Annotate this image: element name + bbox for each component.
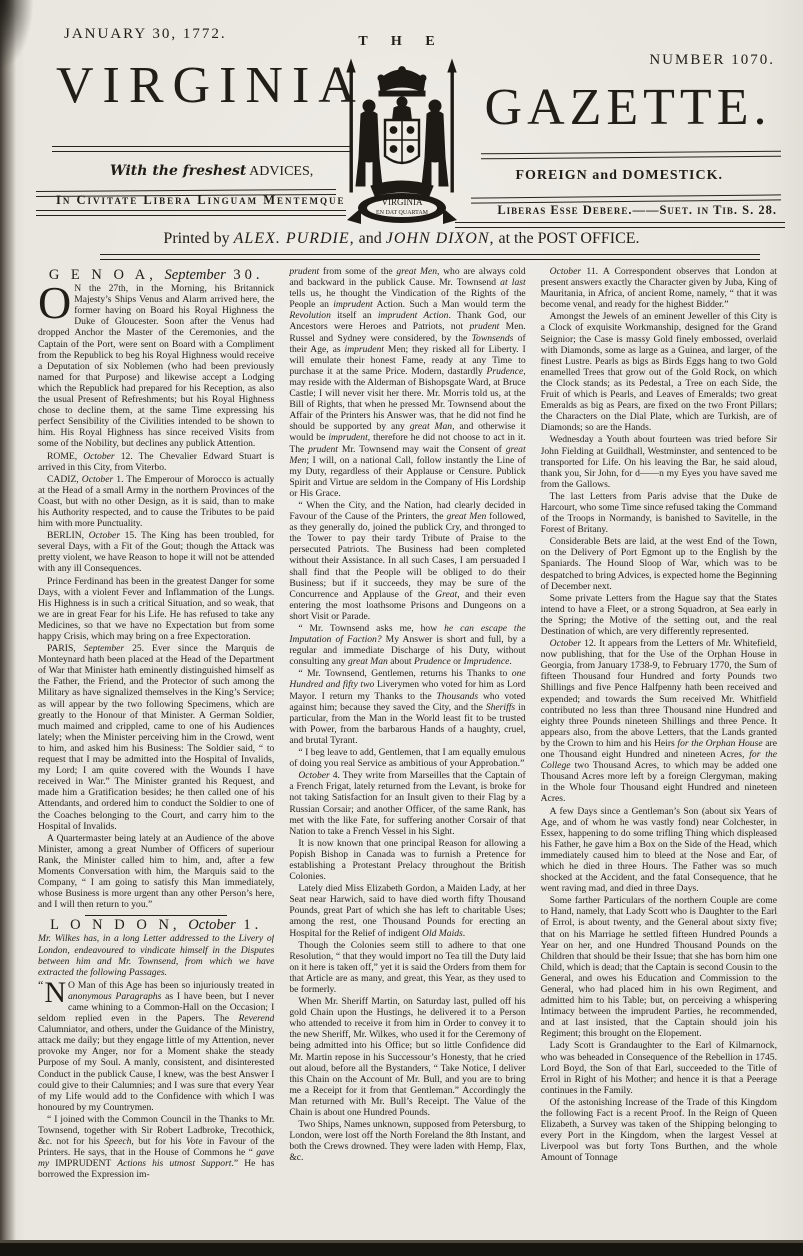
article-paragraph: The last Letters from Paris advise that … bbox=[541, 491, 777, 535]
imprint-prefix: Printed by bbox=[163, 230, 233, 247]
article-paragraph: Some private Letters from the Hague say … bbox=[541, 593, 777, 637]
rule bbox=[36, 210, 346, 216]
rule bbox=[100, 254, 760, 260]
article-paragraph: October 12. It appears from the Letters … bbox=[541, 638, 777, 804]
rule bbox=[455, 222, 785, 228]
printer-name-purdie: ALEX. PURDIE, bbox=[234, 230, 355, 247]
issue-number: NUMBER 1070. bbox=[649, 52, 775, 69]
article-paragraph: Considerable Bets are laid, at the west … bbox=[541, 536, 777, 591]
article-paragraph: CADIZ, October 1. The Emperour of Morocc… bbox=[38, 474, 274, 529]
tagline-blackletter: With the freshest bbox=[110, 163, 246, 179]
tagline-caps: ADVICES, bbox=[246, 164, 313, 179]
section-divider-rule bbox=[85, 915, 227, 916]
article-paragraph: “ I beg leave to add, Gentlemen, that I … bbox=[289, 747, 525, 769]
article-paragraph: ROME, October 12. The Chevalier Edward S… bbox=[38, 451, 274, 473]
article-paragraph: “ I joined with the Common Council in th… bbox=[38, 1114, 274, 1181]
article-paragraph: Amongst the Jewels of an eminent Jewelle… bbox=[541, 311, 777, 433]
imprint-suffix: at the POST OFFICE. bbox=[495, 230, 640, 247]
scan-edge-bottom bbox=[0, 1243, 803, 1256]
column-1: G E N O A, September 30.ON the 27th, in … bbox=[38, 266, 274, 1240]
article-paragraph: Prince Ferdinand has been in the greates… bbox=[38, 576, 274, 643]
crest-banner-virginia: VIRGINIA bbox=[382, 197, 423, 207]
article-paragraph: “ Mr. Townsend asks me, how he can escap… bbox=[289, 623, 525, 667]
article-paragraph: Wednesday a Youth about fourteen was tri… bbox=[541, 434, 777, 489]
article-paragraph: prudent from some of the great Men, who … bbox=[289, 266, 525, 499]
article-paragraph: Of the astonishing Increase of the Trade… bbox=[541, 1097, 777, 1164]
article-paragraph: When Mr. Sheriff Martin, on Saturday las… bbox=[289, 996, 525, 1118]
tagline-advices: With the freshest ADVICES, bbox=[110, 163, 313, 180]
column-2: prudent from some of the great Men, who … bbox=[289, 266, 525, 1240]
masthead-title-gazette: GAZETTE. bbox=[473, 78, 783, 137]
article-paragraph: Though the Colonies seem still to adhere… bbox=[289, 940, 525, 995]
article-paragraph: PARIS, September 25. Ever since the Marq… bbox=[38, 643, 274, 832]
motto-latin-left: In Civitate Libera Linguam Mentemque bbox=[56, 193, 346, 208]
column-3: October 11. A Correspondent observes tha… bbox=[541, 266, 777, 1240]
article-paragraph: “ When the City, and the Nation, had cle… bbox=[289, 500, 525, 622]
article-paragraph: October 4. They write from Marseilles th… bbox=[289, 770, 525, 837]
article-paragraph: BERLIN, October 15. The King has been tr… bbox=[38, 530, 274, 574]
drop-cap: O bbox=[38, 283, 74, 321]
article-paragraph: Some farther Particulars of the northern… bbox=[541, 895, 777, 1039]
article-paragraph: A few Days since a Gentleman’s Son (abou… bbox=[541, 806, 777, 895]
newspaper-page: JANUARY 30, 1772. T H E NUMBER 1070. VIR… bbox=[0, 0, 803, 1256]
motto-latin-right: Liberas Esse Debere.——Suet. in Tib. S. 2… bbox=[497, 203, 777, 218]
article-paragraph: It is now known that one principal Reaso… bbox=[289, 838, 525, 882]
article-paragraph: ON the 27th, in the Morning, his Britann… bbox=[38, 283, 274, 449]
article-paragraph: “ Mr. Townsend, Gentlemen, returns his T… bbox=[289, 668, 525, 746]
virginia-coat-of-arms-icon: VIRGINIA EN DAT QUARTAM bbox=[341, 58, 463, 254]
section-heading: L O N D O N, October 1. bbox=[38, 920, 274, 931]
article-paragraph: A Quartermaster being lately at an Audie… bbox=[38, 833, 274, 911]
crest-banner-motto: EN DAT QUARTAM bbox=[376, 210, 429, 216]
masthead-title-virginia: VIRGINIA bbox=[56, 56, 356, 115]
article-paragraph: October 11. A Correspondent observes tha… bbox=[541, 266, 777, 310]
article-intro: Mr. Wilkes has, in a long Letter address… bbox=[38, 933, 274, 977]
article-paragraph: Lady Scott is Grandaughter to the Earl o… bbox=[541, 1040, 777, 1095]
section-heading: G E N O A, September 30. bbox=[38, 270, 274, 281]
masthead-the: T H E bbox=[0, 34, 803, 50]
drop-cap: N bbox=[44, 980, 68, 1005]
article-columns: G E N O A, September 30.ON the 27th, in … bbox=[38, 266, 777, 1240]
tagline-foreign-domestick: FOREIGN and DOMESTICK. bbox=[515, 168, 723, 184]
rule bbox=[481, 151, 781, 160]
masthead: JANUARY 30, 1772. T H E NUMBER 1070. VIR… bbox=[0, 0, 803, 262]
article-paragraph: “ NO Man of this Age has been so injurio… bbox=[38, 980, 274, 1113]
rule bbox=[52, 146, 352, 152]
article-paragraph: Lately died Miss Elizabeth Gordon, a Mai… bbox=[289, 883, 525, 938]
article-paragraph: Two Ships, Names unknown, supposed from … bbox=[289, 1119, 525, 1163]
